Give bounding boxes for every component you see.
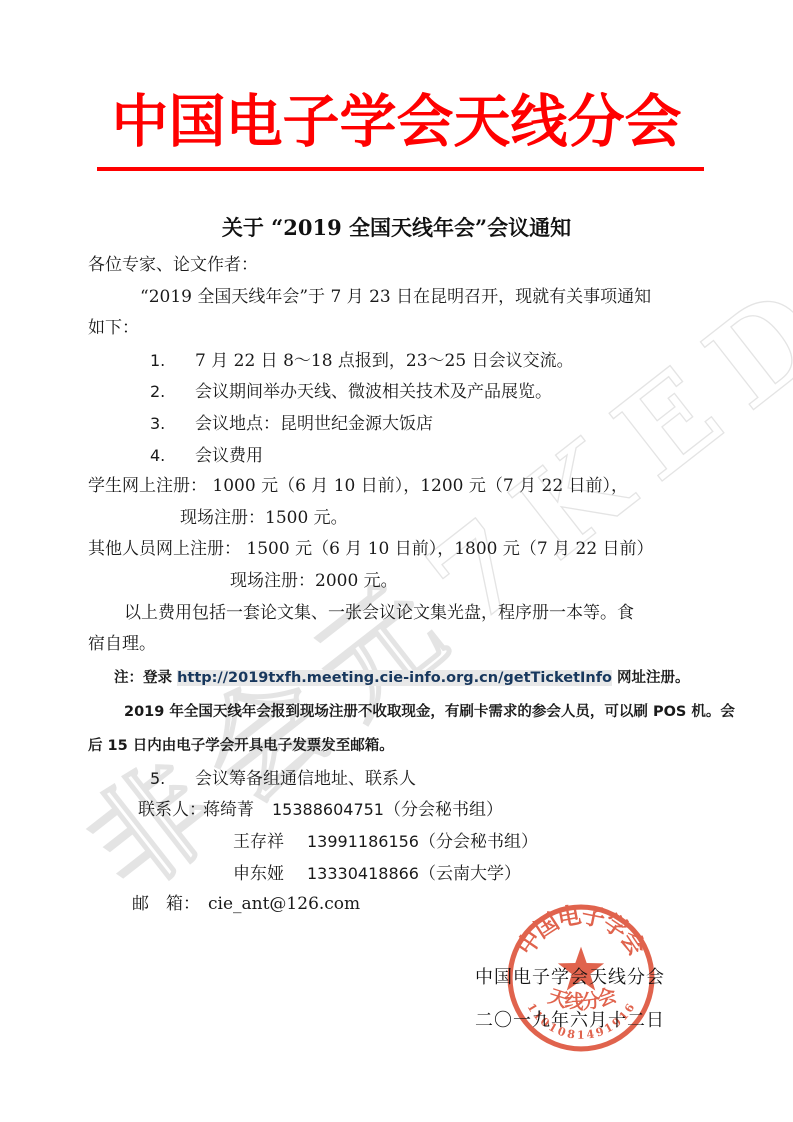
list-item-text: 会议地点：昆明世纪金源大饭店 [195, 414, 433, 434]
contact-name: 蒋绮菁 [203, 795, 272, 827]
signature-date: 二〇一九年六月十二日 [420, 1006, 720, 1032]
fee-includes-line-1: 以上费用包括一套论文集、一张会议论文集光盘，程序册一本等。食 [88, 598, 706, 630]
list-item-2: 2.会议期间举办天线、微波相关技术及产品展览。 [88, 376, 706, 408]
list-item-number: 2. [150, 376, 195, 408]
list-item-number: 5. [150, 763, 195, 795]
contact-name: 申东娅 [233, 859, 307, 891]
contact-affiliation: （云南大学） [419, 864, 521, 884]
contact-row-1: 联系人：蒋绮菁15388604751（分会秘书组） [88, 794, 706, 826]
email-label: 邮 箱： [132, 889, 200, 921]
fee-other-line-1: 其他人员网上注册： 1500 元（6 月 10 日前），1800 元（7 月 2… [88, 534, 706, 566]
list-item-text: 会议期间举办天线、微波相关技术及产品展览。 [195, 382, 552, 402]
intro-line-2: 如下： [88, 313, 706, 345]
fee-other-line-2: 现场注册：2000 元。 [88, 566, 706, 598]
list-item-text: 会议筹备组通信地址、联系人 [195, 769, 416, 789]
fee-student-line-2: 现场注册：1500 元。 [88, 503, 706, 535]
list-item-4: 4.会议费用 [88, 440, 706, 472]
fee-student-line-1: 学生网上注册： 1000 元（6 月 10 日前），1200 元（7 月 22 … [88, 471, 706, 503]
registration-note: 注：登录 http://2019txfh.meeting.cie-info.or… [88, 661, 706, 695]
notes-section: 注：登录 http://2019txfh.meeting.cie-info.or… [88, 661, 706, 763]
masthead-rule [97, 167, 704, 171]
registration-note-suffix: 网址注册。 [612, 670, 690, 686]
payment-note-line-1: 2019 年全国天线年会报到现场注册不收取现金，有刷卡需求的参会人员，可以刷 P… [88, 695, 706, 729]
document-body: 各位专家、论文作者： “2019 全国天线年会”于 7 月 23 日在昆明召开，… [88, 250, 706, 921]
list-item-3: 3.会议地点：昆明世纪金源大饭店 [88, 408, 706, 440]
contact-phone: 13330418866 [307, 864, 419, 883]
contact-row-3: 申东娅13330418866（云南大学） [88, 858, 706, 890]
contact-phone: 15388604751 [272, 800, 384, 819]
list-item-1: 1.7 月 22 日 8～18 点报到，23～25 日会议交流。 [88, 345, 706, 377]
list-item-number: 1. [150, 345, 195, 377]
document-page: 非会元7KED 中国电子学会天线分会 关于 “2019 全国天线年会”会议通知 … [0, 0, 793, 1122]
contact-affiliation: （分会秘书组） [384, 800, 503, 820]
salutation: 各位专家、论文作者： [88, 250, 706, 282]
document-heading: 关于 “2019 全国天线年会”会议通知 [0, 212, 793, 242]
email-address: cie_ant@126.com [208, 894, 360, 914]
list-item-5: 5.会议筹备组通信地址、联系人 [88, 763, 706, 795]
list-item-text: 7 月 22 日 8～18 点报到，23～25 日会议交流。 [195, 351, 574, 371]
signature-org: 中国电子学会天线分会 [420, 963, 720, 989]
contact-row-2: 王存祥13991186156（分会秘书组） [88, 826, 706, 858]
contacts-label: 联系人： [138, 795, 203, 827]
contact-name: 王存祥 [233, 827, 307, 859]
registration-note-prefix: 注：登录 [114, 670, 177, 686]
fee-includes-line-2: 宿自理。 [88, 629, 706, 661]
registration-url-link[interactable]: http://2019txfh.meeting.cie-info.org.cn/… [177, 670, 612, 686]
list-item-number: 3. [150, 408, 195, 440]
payment-note-line-2: 后 15 日内由电子学会开具电子发票发至邮箱。 [88, 729, 706, 763]
contact-affiliation: （分会秘书组） [419, 832, 538, 852]
intro-line-1: “2019 全国天线年会”于 7 月 23 日在昆明召开，现就有关事项通知 [88, 282, 706, 314]
list-item-text: 会议费用 [195, 446, 263, 466]
list-item-number: 4. [150, 440, 195, 472]
masthead-org-title: 中国电子学会天线分会 [0, 76, 793, 158]
contact-phone: 13991186156 [307, 832, 419, 851]
